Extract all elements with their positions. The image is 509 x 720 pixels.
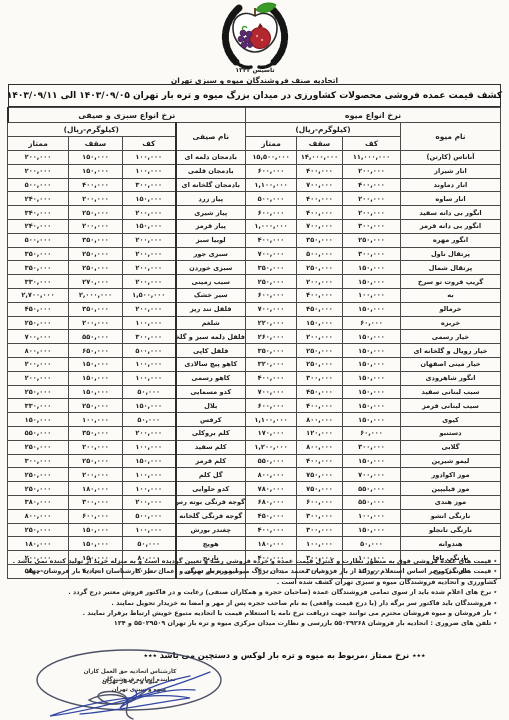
fruit-floor-cell: ۵۵۰,۰۰۰: [343, 482, 401, 496]
veg-ceiling-cell: ۱۵۰,۰۰۰: [69, 523, 123, 537]
fruit-name-cell: انار ساوه: [401, 192, 501, 206]
footnote-line: ٭ فروشندگان باید فاکتور سر برگه دار (با …: [10, 598, 497, 608]
veg-premium-cell: ۳۳۰,۰۰۰: [8, 399, 69, 413]
veg-premium-cell: ۸۰۰,۰۰۰: [8, 509, 69, 523]
fruit-premium-cell: ۴۰۰,۰۰۰: [246, 523, 297, 537]
veg-floor-cell: ۲۰۰,۰۰۰: [123, 495, 176, 509]
fruit-floor-cell: ۱۵۰,۰۰۰: [343, 261, 401, 275]
fruit-name-cell: انگور مهره: [401, 233, 501, 247]
veg-name-cell: سبزی خوردن: [176, 261, 246, 275]
fruit-premium-cell: ۵۵۰,۰۰۰: [246, 454, 297, 468]
veg-ceiling-cell: ۳۵۰,۰۰۰: [69, 302, 123, 316]
veg-floor-cell: ۱۰۰,۰۰۰: [123, 371, 176, 385]
fruit-floor-cell: ۲۰۰,۰۰۰: [343, 206, 401, 220]
veg-floor-cell: ۲۰۰,۰۰۰: [123, 426, 176, 440]
price-row: پرتقال ناول۳۰۰,۰۰۰۵۰۰,۰۰۰۷۰۰,۰۰۰سبزی جور…: [8, 247, 501, 261]
fruit-floor-cell: ۳۰۰,۰۰۰: [343, 247, 401, 261]
fruit-ceiling-cell: ۴۰۰,۰۰۰: [297, 164, 343, 178]
veg-name-cell: کاهو رسمی: [176, 371, 246, 385]
fruit-floor-cell: ۲۵۰,۰۰۰: [343, 233, 401, 247]
price-row: انگور بی دانه قرمز۳۰۰,۰۰۰۷۰۰,۰۰۰۱,۰۰۰,۰۰…: [8, 219, 501, 233]
veg-name-cell: هویج: [176, 537, 246, 551]
veg-ceiling-cell: ۲۰۰,۰۰۰: [69, 192, 123, 206]
veg-name-cell: کلم قرمز: [176, 454, 246, 468]
fruit-premium-cell: ۴۵۰,۰۰۰: [246, 509, 297, 523]
veg-ceiling-cell: ۶۵۰,۰۰۰: [69, 344, 123, 358]
veg-name-cell: فلفل تند ریز: [176, 302, 246, 316]
fruit-name-cell: نارنگی انشو: [401, 509, 501, 523]
veg-premium-cell: ۳۵۰,۰۰۰: [8, 261, 69, 275]
scanned-price-document: تاسیس ۱۳۴۳ اتحادیه صنف فروشندگان میوه و …: [0, 0, 509, 720]
price-row: انگور شاهرودی۱۵۰,۰۰۰۳۰۰,۰۰۰۴۰۰,۰۰۰کاهو ر…: [8, 371, 501, 385]
veg-premium-cell: ۳۵۰,۰۰۰: [8, 247, 69, 261]
veg-ceiling-cell: ۶۰۰,۰۰۰: [69, 509, 123, 523]
veg-premium-cell: ۱۸۰,۰۰۰: [8, 537, 69, 551]
veg-name-cell: بادمجان دلمه ای: [176, 151, 246, 165]
price-row: لیمو شیرین۱۵۰,۰۰۰۴۰۰,۰۰۰۵۵۰,۰۰۰کلم قرمز۱…: [8, 454, 501, 468]
price-row: خیار رسمی۱۵۰,۰۰۰۲۰۰,۰۰۰۲۶۰,۰۰۰فلفل دلمه …: [8, 330, 501, 344]
veg-floor-cell: ۵۰۰,۰۰۰: [123, 509, 176, 523]
fruit-floor-cell: ۱۵۰,۰۰۰: [343, 385, 401, 399]
veg-floor-cell: ۱۵۰,۰۰۰: [123, 192, 176, 206]
fruit-ceiling-cell: ۱۵۰,۰۰۰: [297, 316, 343, 330]
fruit-ceiling-cell: ۱۴,۰۰۰,۰۰۰: [297, 151, 343, 165]
fruit-name-cell: انار دماوند: [401, 178, 501, 192]
veg-ceiling-cell: ۲۵۰,۰۰۰: [69, 261, 123, 275]
veg-ceiling-cell: ۱۰۰,۰۰۰: [69, 413, 123, 427]
fruit-ceiling-header: سقف: [297, 137, 343, 151]
price-row: خیار مینی اصفهان۱۵۰,۰۰۰۲۵۰,۰۰۰۳۲۰,۰۰۰کاه…: [8, 357, 501, 371]
veg-floor-cell: ۳۰۰,۰۰۰: [123, 330, 176, 344]
price-row: موز هندی۵۵۰,۰۰۰۶۰۰,۰۰۰۶۸۰,۰۰۰گوجه فرنگی …: [8, 495, 501, 509]
fruit-name-cell: خربزه: [401, 316, 501, 330]
veg-ceiling-header: سقف: [69, 137, 123, 151]
veg-floor-cell: ۱,۵۰۰,۰۰۰: [123, 288, 176, 302]
veg-premium-header: ممتاز: [8, 137, 69, 151]
right-signature-label: کارشناس اتحادیه حق العمل کاران میوه و تر…: [70, 668, 190, 687]
fruit-ceiling-cell: ۶۰۰,۰۰۰: [297, 495, 343, 509]
veg-name-cell: چغندر بورش: [176, 523, 246, 537]
fruit-premium-cell: ۱,۲۰۰,۰۰۰: [246, 440, 297, 454]
veg-premium-cell: ۲۵۰,۰۰۰: [8, 385, 69, 399]
right-signature-line1: کارشناس اتحادیه حق العمل کاران: [70, 668, 190, 678]
veg-premium-cell: ۸۰۰,۰۰۰: [8, 344, 69, 358]
veg-name-cell: سیب زمینی: [176, 275, 246, 289]
veg-floor-cell: ۱۰۰,۰۰۰: [123, 482, 176, 496]
veg-ceiling-cell: ۱۵۰,۰۰۰: [69, 151, 123, 165]
veg-name-cell: لوبیا سبز: [176, 233, 246, 247]
fruit-name-cell: خیار رسمی: [401, 330, 501, 344]
fruit-premium-cell: ۱۵,۵۰۰,۰۰۰: [246, 151, 297, 165]
fruit-floor-cell: ۱۵۰,۰۰۰: [343, 371, 401, 385]
veg-name-cell: پیاز شیری: [176, 206, 246, 220]
veg-floor-cell: ۱۵۰,۰۰۰: [123, 399, 176, 413]
veg-name-cell: کاهو پیچ سالادی: [176, 357, 246, 371]
veg-floor-cell: ۱۵۰,۰۰۰: [123, 454, 176, 468]
footnote-line: ٭ بار فروشان و میوه فروشان محترم می توان…: [10, 608, 497, 618]
fruit-name-cell: آناناس (کارتن): [401, 151, 501, 165]
veg-premium-cell: ۲۵۰,۰۰۰: [8, 482, 69, 496]
veg-premium-cell: ۲۰۰,۰۰۰: [8, 164, 69, 178]
fruit-floor-cell: ۱۰۰,۰۰۰: [343, 509, 401, 523]
veg-name-cell: سیر خشک: [176, 288, 246, 302]
fruit-ceiling-cell: ۳۰۰,۰۰۰: [297, 509, 343, 523]
fruit-premium-cell: ۷۰۰,۰۰۰: [246, 302, 297, 316]
footnote-line: ٭ قیمت های عمده فروشی فوق به منظور نظارت…: [10, 556, 497, 566]
veg-ceiling-cell: ۲۰۰,۰۰۰: [69, 316, 123, 330]
veg-premium-cell: ۲۵۰,۰۰۰: [8, 468, 69, 482]
veg-name-cell: کرفس: [176, 413, 246, 427]
veg-ceiling-cell: ۲,۰۰۰,۰۰۰: [69, 288, 123, 302]
veg-premium-cell: ۲,۷۰۰,۰۰۰: [8, 288, 69, 302]
veg-floor-cell: ۱۰۰,۰۰۰: [123, 151, 176, 165]
fruit-premium-cell: ۶۰۰,۰۰۰: [246, 399, 297, 413]
veg-ceiling-cell: ۳۵۰,۰۰۰: [69, 426, 123, 440]
veg-premium-cell: ۲۰۰,۰۰۰: [8, 357, 69, 371]
fruit-ceiling-cell: ۲۰۰,۰۰۰: [297, 275, 343, 289]
fruit-floor-cell: ۱۵۰,۰۰۰: [343, 330, 401, 344]
veg-ceiling-cell: ۱۵۰,۰۰۰: [69, 385, 123, 399]
fruit-floor-cell: ۱۱,۰۰۰,۰۰۰: [343, 151, 401, 165]
fruit-floor-cell: ۲۰۰,۰۰۰: [343, 192, 401, 206]
veg-name-cell: فلفل دلمه سبز و گلخانه: [176, 330, 246, 344]
fruit-ceiling-cell: ۴۰۰,۰۰۰: [297, 206, 343, 220]
fruit-unit-header: (کیلوگرم-ریال): [246, 123, 401, 137]
veg-premium-cell: ۳۸۰,۰۰۰: [8, 495, 69, 509]
fruit-ceiling-cell: ۷۰۰,۰۰۰: [297, 178, 343, 192]
price-row: سیب لبنانی قرمز۱۵۰,۰۰۰۴۰۰,۰۰۰۶۰۰,۰۰۰بلال…: [8, 399, 501, 413]
fruit-name-cell: هندوانه: [401, 537, 501, 551]
right-signature-line2: میوه و تره بار تهران: [70, 678, 190, 688]
veg-floor-cell: ۵۰,۰۰۰: [123, 385, 176, 399]
fruit-premium-cell: ۱۷۰,۰۰۰: [246, 426, 297, 440]
fruit-premium-cell: ۷۰۰,۰۰۰: [246, 247, 297, 261]
price-row: انار دماوند۴۰۰,۰۰۰۷۰۰,۰۰۰۱,۱۰۰,۰۰۰بادمجا…: [8, 178, 501, 192]
established-year: تاسیس ۱۳۴۳: [235, 67, 274, 74]
fruit-name-cell: لیمو شیرین: [401, 454, 501, 468]
fruit-name-cell: خیار مینی اصفهان: [401, 357, 501, 371]
fruit-ceiling-cell: ۱۲۰,۰۰۰: [297, 426, 343, 440]
veg-floor-cell: ۱۰۰,۰۰۰: [123, 523, 176, 537]
veg-floor-cell: ۱۰۰,۰۰۰: [123, 316, 176, 330]
veg-premium-cell: ۳۴۰,۰۰۰: [8, 206, 69, 220]
veg-ceiling-cell: ۵۵۰,۰۰۰: [69, 330, 123, 344]
fruit-premium-cell: ۴۰۰,۰۰۰: [246, 233, 297, 247]
fruit-floor-cell: ۵۵۰,۰۰۰: [343, 495, 401, 509]
veg-name-cell: بلال: [176, 399, 246, 413]
veg-premium-cell: ۵۵۰,۰۰۰: [8, 426, 69, 440]
fruit-ceiling-cell: ۳۰۰,۰۰۰: [297, 523, 343, 537]
fruit-ceiling-cell: ۲۵۰,۰۰۰: [297, 357, 343, 371]
fruit-premium-cell: ۱,۱۰۰,۰۰۰: [246, 178, 297, 192]
veg-premium-cell: ۲۴۰,۰۰۰: [8, 192, 69, 206]
fruit-name-cell: خرمالو: [401, 302, 501, 316]
veg-floor-cell: ۱۰۰,۰۰۰: [123, 164, 176, 178]
fruit-floor-cell: ۳۰۰,۰۰۰: [343, 440, 401, 454]
fruit-ceiling-cell: ۷۵۰,۰۰۰: [297, 468, 343, 482]
veg-ceiling-cell: ۱۵۰,۰۰۰: [69, 164, 123, 178]
fruit-premium-cell: ۲۵۰,۰۰۰: [246, 275, 297, 289]
veg-section-header: نرخ انواع سبزی و صیفی: [8, 108, 246, 123]
price-row: نارنگی تانجلو۱۵۰,۰۰۰۳۰۰,۰۰۰۴۰۰,۰۰۰چغندر …: [8, 523, 501, 537]
veg-premium-cell: ۳۳۰,۰۰۰: [8, 275, 69, 289]
veg-ceiling-cell: ۲۷۰,۰۰۰: [69, 275, 123, 289]
fruit-name-cell: موز فیلیپین: [401, 482, 501, 496]
fruit-name-cell: خیار رویال و گلخانه ای: [401, 344, 501, 358]
fruit-floor-header: کف: [343, 137, 401, 151]
veg-premium-cell: ۷۰۰,۰۰۰: [8, 330, 69, 344]
veg-name-cell: کدو مسمایی: [176, 385, 246, 399]
footnote-line: ٭ نرخ های اعلام شده باید از سوی تمامی فر…: [10, 587, 497, 597]
fruit-ceiling-cell: ۴۰۰,۰۰۰: [297, 192, 343, 206]
fruit-ceiling-cell: ۲۵۰,۰۰۰: [297, 261, 343, 275]
veg-ceiling-cell: ۱۵۰,۰۰۰: [69, 371, 123, 385]
fruit-premium-header: ممتاز: [246, 137, 297, 151]
veg-ceiling-cell: ۲۰۰,۰۰۰: [69, 468, 123, 482]
fruit-floor-cell: ۶۰,۰۰۰: [343, 426, 401, 440]
veg-floor-cell: ۲۰۰,۰۰۰: [123, 233, 176, 247]
fruit-ceiling-cell: ۳۰۰,۰۰۰: [297, 371, 343, 385]
fruit-section-header: نرخ انواع میوه: [246, 108, 501, 123]
price-row: دستنبو۶۰,۰۰۰۱۲۰,۰۰۰۱۷۰,۰۰۰کلم بروکلی۲۰۰,…: [8, 426, 501, 440]
price-row: انگور بی دانه سفید۲۰۰,۰۰۰۴۰۰,۰۰۰۶۰۰,۰۰۰پ…: [8, 206, 501, 220]
price-row: خیار رویال و گلخانه ای۱۵۰,۰۰۰۲۵۰,۰۰۰۳۵۰,…: [8, 344, 501, 358]
veg-name-cell: کدو حلوایی: [176, 482, 246, 496]
document-title-box: کشف قیمت عمده فروشی محصولات کشاورزی در م…: [8, 84, 501, 107]
fruit-premium-cell: ۳۲۰,۰۰۰: [246, 357, 297, 371]
document-title: کشف قیمت عمده فروشی محصولات کشاورزی در م…: [7, 91, 502, 101]
fruit-ceiling-cell: ۴۰۰,۰۰۰: [297, 399, 343, 413]
veg-premium-cell: ۲۵۰,۰۰۰: [8, 440, 69, 454]
veg-name-cell: بادمجان قلمی: [176, 164, 246, 178]
fruit-name-cell: انگور شاهرودی: [401, 371, 501, 385]
fruit-name-cell: به: [401, 288, 501, 302]
fruit-premium-cell: ۸۰۰,۰۰۰: [246, 468, 297, 482]
veg-premium-cell: ۵۰۰,۰۰۰: [8, 233, 69, 247]
veg-premium-cell: ۵۰۰,۰۰۰: [8, 178, 69, 192]
price-row: پرتقال شمال۱۵۰,۰۰۰۲۵۰,۰۰۰۳۵۰,۰۰۰سبزی خور…: [8, 261, 501, 275]
fruit-name-cell: گریپ فروت تو سرخ: [401, 275, 501, 289]
fruit-name-cell: سیب لبنانی سفید: [401, 385, 501, 399]
fruit-premium-cell: ۲۲۰,۰۰۰: [246, 316, 297, 330]
fruit-floor-cell: ۳۰۰,۰۰۰: [343, 219, 401, 233]
fruit-name-cell: انار شیراز: [401, 164, 501, 178]
fruit-premium-cell: ۴۰۰,۰۰۰: [246, 371, 297, 385]
fruit-ceiling-cell: ۴۵۰,۰۰۰: [297, 385, 343, 399]
fruit-ceiling-cell: ۴۰۰,۰۰۰: [297, 454, 343, 468]
fruit-ceiling-cell: ۵۰۰,۰۰۰: [297, 247, 343, 261]
fruit-name-cell: سیب لبنانی قرمز: [401, 399, 501, 413]
fruit-name-header: نام میوه: [401, 123, 501, 151]
veg-premium-cell: ۱۵۰,۰۰۰: [8, 413, 69, 427]
fruit-premium-cell: ۱۸۰,۰۰۰: [246, 537, 297, 551]
price-row: کیوی۱۵۰,۰۰۰۸۰۰,۰۰۰۱,۱۰۰,۰۰۰کرفس۵۰,۰۰۰۱۰۰…: [8, 413, 501, 427]
fruit-name-cell: کیوی: [401, 413, 501, 427]
price-row: موز اکوادور۷۰۰,۰۰۰۷۵۰,۰۰۰۸۰۰,۰۰۰گل کلم۱۰…: [8, 468, 501, 482]
fruit-floor-cell: ۱۵۰,۰۰۰: [343, 454, 401, 468]
fruit-ceiling-cell: ۷۵۰,۰۰۰: [297, 482, 343, 496]
veg-ceiling-cell: ۲۵۰,۰۰۰: [69, 247, 123, 261]
fruit-premium-cell: ۶۰۰,۰۰۰: [246, 164, 297, 178]
price-row: به۱۰۰,۰۰۰۴۰۰,۰۰۰۶۰۰,۰۰۰سیر خشک۱,۵۰۰,۰۰۰۲…: [8, 288, 501, 302]
fruit-premium-cell: ۶۸۰,۰۰۰: [246, 495, 297, 509]
fruit-ceiling-cell: ۷۰۰,۰۰۰: [297, 219, 343, 233]
fruit-name-cell: موز اکوادور: [401, 468, 501, 482]
veg-floor-cell: ۲۰۰,۰۰۰: [123, 275, 176, 289]
fruit-premium-cell: ۷۸۰,۰۰۰: [246, 482, 297, 496]
fruit-premium-cell: ۷۰۰,۰۰۰: [246, 385, 297, 399]
veg-name-cell: فلفل کاپی: [176, 344, 246, 358]
fruit-floor-cell: ۴۰۰,۰۰۰: [343, 178, 401, 192]
price-row: انار شیراز۲۰۰,۰۰۰۴۰۰,۰۰۰۶۰۰,۰۰۰بادمجان ق…: [8, 164, 501, 178]
fruit-floor-cell: ۱۵۰,۰۰۰: [343, 523, 401, 537]
fruit-floor-cell: ۷۰۰,۰۰۰: [343, 468, 401, 482]
fruit-name-cell: انگور بی دانه قرمز: [401, 219, 501, 233]
veg-ceiling-cell: ۲۰۰,۰۰۰: [69, 219, 123, 233]
fruit-ceiling-cell: ۴۵۰,۰۰۰: [297, 302, 343, 316]
veg-name-cell: پیاز قرمز: [176, 219, 246, 233]
fruit-name-cell: موز هندی: [401, 495, 501, 509]
veg-name-cell: کلم بروکلی: [176, 426, 246, 440]
fruit-premium-cell: ۱,۰۰۰,۰۰۰: [246, 219, 297, 233]
veg-floor-cell: ۲۰۰,۰۰۰: [123, 302, 176, 316]
fruit-premium-cell: ۵۰۰,۰۰۰: [246, 192, 297, 206]
veg-premium-cell: ۳۰۰,۰۰۰: [8, 454, 69, 468]
veg-floor-cell: ۱۰۰,۰۰۰: [123, 468, 176, 482]
veg-floor-cell: ۳۰۰,۰۰۰: [123, 178, 176, 192]
footnote-line: ٭ تلفن های ضروری : اتحادیه بار فروشان ۵۵…: [10, 618, 497, 628]
price-row: گریپ فروت تو سرخ۱۵۰,۰۰۰۲۰۰,۰۰۰۲۵۰,۰۰۰سیب…: [8, 275, 501, 289]
fruit-premium-cell: ۳۵۰,۰۰۰: [246, 344, 297, 358]
fruit-floor-cell: ۱۵۰,۰۰۰: [343, 399, 401, 413]
veg-ceiling-cell: ۲۵۰,۰۰۰: [69, 454, 123, 468]
veg-ceiling-cell: ۱۵۰,۰۰۰: [69, 537, 123, 551]
veg-ceiling-cell: ۲۰۰,۰۰۰: [69, 440, 123, 454]
price-row: انگور مهره۲۵۰,۰۰۰۳۵۰,۰۰۰۴۰۰,۰۰۰لوبیا سبز…: [8, 233, 501, 247]
price-row: موز فیلیپین۵۵۰,۰۰۰۷۵۰,۰۰۰۷۸۰,۰۰۰کدو حلوا…: [8, 482, 501, 496]
veg-name-cell: سبزی جور: [176, 247, 246, 261]
fruit-premium-cell: ۱,۱۰۰,۰۰۰: [246, 413, 297, 427]
veg-floor-cell: ۲۰۰,۰۰۰: [123, 261, 176, 275]
veg-name-cell: کلم سفید: [176, 440, 246, 454]
fruit-premium-cell: ۲۶۰,۰۰۰: [246, 330, 297, 344]
fruit-premium-cell: ۶۰۰,۰۰۰: [246, 206, 297, 220]
veg-name-cell: بادمجان گلخانه ای: [176, 178, 246, 192]
footnote-line: ٭ قیمت های مذکور بر اساس استعلام روزانه …: [10, 566, 497, 587]
price-row: گلابی۳۰۰,۰۰۰۸۰۰,۰۰۰۱,۲۰۰,۰۰۰کلم سفید۱۰۰,…: [8, 440, 501, 454]
fruit-floor-cell: ۲۰۰,۰۰۰: [343, 164, 401, 178]
fruit-floor-cell: ۱۵۰,۰۰۰: [343, 413, 401, 427]
veg-floor-cell: ۵۰,۰۰۰: [123, 537, 176, 551]
veg-ceiling-cell: ۲۵۰,۰۰۰: [69, 206, 123, 220]
veg-name-header: نام صیفی: [176, 123, 246, 151]
veg-premium-cell: ۴۵۰,۰۰۰: [8, 302, 69, 316]
veg-name-cell: گوجه فرنگی بوته رس: [176, 495, 246, 509]
veg-premium-cell: ۲۵۰,۰۰۰: [8, 316, 69, 330]
fruit-floor-cell: ۵۰,۰۰۰: [343, 537, 401, 551]
price-row: انار ساوه۲۰۰,۰۰۰۴۰۰,۰۰۰۵۰۰,۰۰۰پیاز زرد۱۵…: [8, 192, 501, 206]
fruit-floor-cell: ۱۵۰,۰۰۰: [343, 344, 401, 358]
veg-floor-header: کف: [123, 137, 176, 151]
price-row: هندوانه۵۰,۰۰۰۱۰۰,۰۰۰۱۸۰,۰۰۰هویج۵۰,۰۰۰۱۵۰…: [8, 537, 501, 551]
price-table: نرخ انواع میوه نرخ انواع سبزی و صیفی نام…: [7, 107, 502, 579]
fruit-ceiling-cell: ۲۰۰,۰۰۰: [297, 330, 343, 344]
veg-floor-cell: ۱۵۰,۰۰۰: [123, 219, 176, 233]
veg-name-cell: گل کلم: [176, 468, 246, 482]
price-row: سیب لبنانی سفید۱۵۰,۰۰۰۴۵۰,۰۰۰۷۰۰,۰۰۰کدو …: [8, 385, 501, 399]
veg-premium-cell: ۲۴۰,۰۰۰: [8, 219, 69, 233]
fruit-name-cell: انگور بی دانه سفید: [401, 206, 501, 220]
fruit-name-cell: دستنبو: [401, 426, 501, 440]
veg-name-cell: پیاز زرد: [176, 192, 246, 206]
price-row: آناناس (کارتن)۱۱,۰۰۰,۰۰۰۱۴,۰۰۰,۰۰۰۱۵,۵۰۰…: [8, 151, 501, 165]
veg-name-cell: شلغم: [176, 316, 246, 330]
price-row: خربزه۶۰,۰۰۰۱۵۰,۰۰۰۲۲۰,۰۰۰شلغم۱۰۰,۰۰۰۲۰۰,…: [8, 316, 501, 330]
fruit-ceiling-cell: ۸۰۰,۰۰۰: [297, 440, 343, 454]
veg-name-cell: گوجه فرنگی گلخانه: [176, 509, 246, 523]
union-emblem: تاسیس ۱۳۴۳ اتحادیه صنف فروشندگان میوه و …: [0, 2, 509, 85]
veg-ceiling-cell: ۳۵۰,۰۰۰: [69, 233, 123, 247]
veg-premium-cell: ۲۰۰,۰۰۰: [8, 371, 69, 385]
veg-ceiling-cell: ۱۵۰,۰۰۰: [69, 357, 123, 371]
fruit-ceiling-cell: ۸۰۰,۰۰۰: [297, 413, 343, 427]
footnotes: ٭ قیمت های عمده فروشی فوق به منظور نظارت…: [10, 556, 497, 629]
union-emblem-icon: تاسیس ۱۳۴۳: [203, 2, 307, 74]
fruit-floor-cell: ۶۰,۰۰۰: [343, 316, 401, 330]
fruit-name-cell: پرتقال ناول: [401, 247, 501, 261]
veg-ceiling-cell: ۳۰۰,۰۰۰: [69, 495, 123, 509]
veg-floor-cell: ۱۰۰,۰۰۰: [123, 440, 176, 454]
veg-floor-cell: ۱۰۰,۰۰۰: [123, 357, 176, 371]
fruit-floor-cell: ۱۰۰,۰۰۰: [343, 288, 401, 302]
fruit-floor-cell: ۱۵۰,۰۰۰: [343, 275, 401, 289]
veg-ceiling-cell: ۴۰۰,۰۰۰: [69, 178, 123, 192]
veg-floor-cell: ۵۰,۰۰۰: [123, 413, 176, 427]
fruit-ceiling-cell: ۱۰۰,۰۰۰: [297, 537, 343, 551]
veg-ceiling-cell: ۲۵۰,۰۰۰: [69, 399, 123, 413]
fruit-name-cell: نارنگی تانجلو: [401, 523, 501, 537]
veg-premium-cell: ۲۵۰,۰۰۰: [8, 523, 69, 537]
veg-floor-cell: ۲۰۰,۰۰۰: [123, 247, 176, 261]
fruit-ceiling-cell: ۲۵۰,۰۰۰: [297, 344, 343, 358]
price-row: خرمالو۱۵۰,۰۰۰۴۵۰,۰۰۰۷۰۰,۰۰۰فلفل تند ریز۲…: [8, 302, 501, 316]
fruit-floor-cell: ۱۵۰,۰۰۰: [343, 357, 401, 371]
veg-unit-header: (کیلوگرم-ریال): [8, 123, 176, 137]
fruit-floor-cell: ۱۵۰,۰۰۰: [343, 302, 401, 316]
fruit-name-cell: گلابی: [401, 440, 501, 454]
veg-premium-cell: ۲۰۰,۰۰۰: [8, 151, 69, 165]
fruit-name-cell: پرتقال شمال: [401, 261, 501, 275]
veg-floor-cell: ۵۰۰,۰۰۰: [123, 344, 176, 358]
veg-ceiling-cell: ۱۸۰,۰۰۰: [69, 482, 123, 496]
fruit-premium-cell: ۳۵۰,۰۰۰: [246, 261, 297, 275]
veg-floor-cell: ۲۰۰,۰۰۰: [123, 206, 176, 220]
fruit-premium-cell: ۶۰۰,۰۰۰: [246, 288, 297, 302]
fruit-ceiling-cell: ۴۰۰,۰۰۰: [297, 288, 343, 302]
fruit-ceiling-cell: ۳۵۰,۰۰۰: [297, 233, 343, 247]
price-row: نارنگی انشو۱۰۰,۰۰۰۳۰۰,۰۰۰۴۵۰,۰۰۰گوجه فرن…: [8, 509, 501, 523]
